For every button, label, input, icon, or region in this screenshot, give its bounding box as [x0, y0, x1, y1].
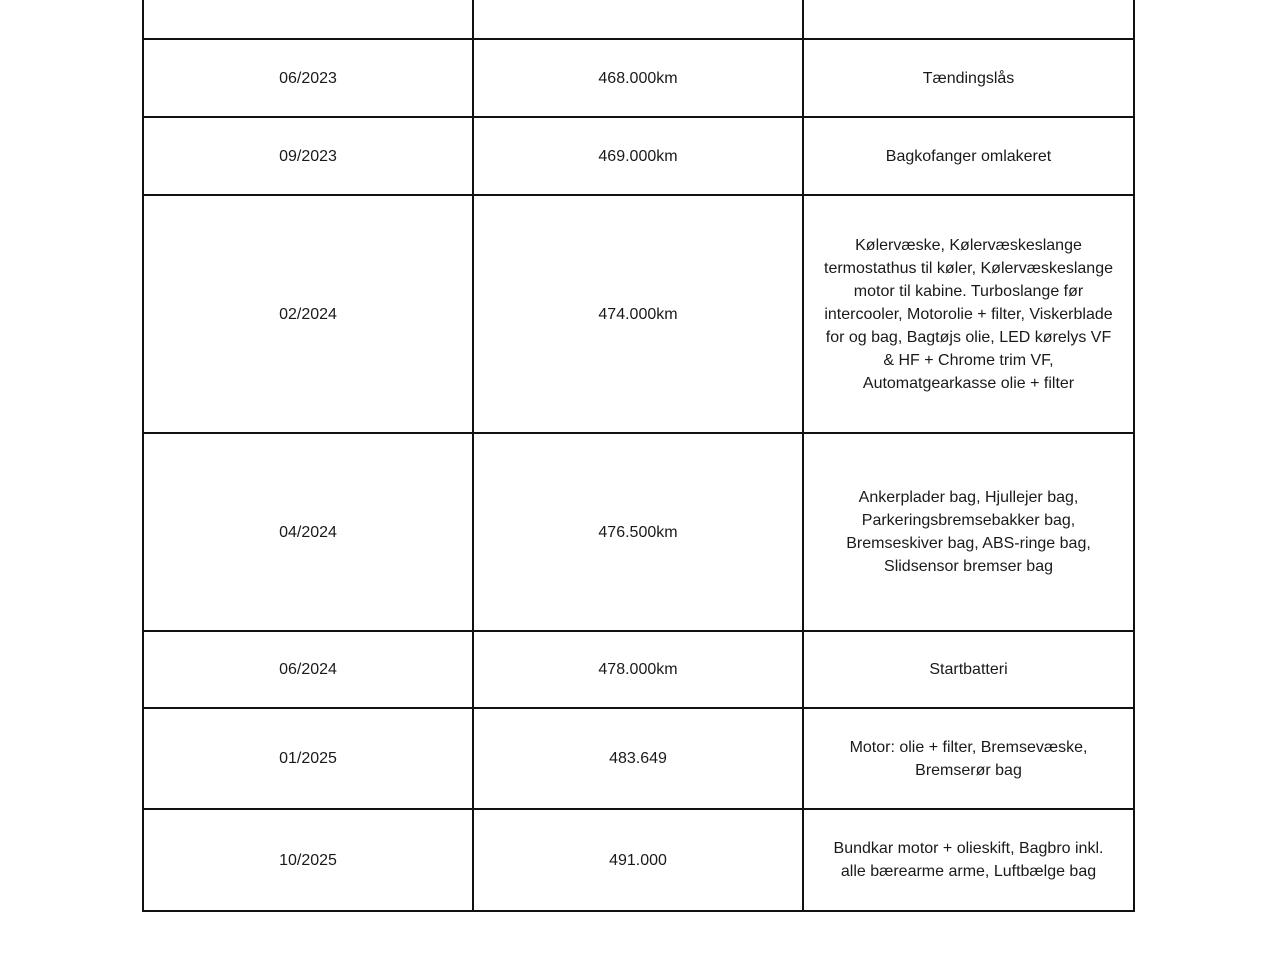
table-row: 02/2024 474.000km Kølervæske, Kølervæske… [143, 195, 1134, 433]
table-row: 06/2024 478.000km Startbatteri [143, 631, 1134, 708]
date-cell: 04/2024 [143, 433, 473, 631]
date-cell: 02/2024 [143, 195, 473, 433]
table-row: 01/2025 483.649 Motor: olie + filter, Br… [143, 708, 1134, 809]
work-cell: Bremseklodser for, Bremseklodser bag [803, 0, 1134, 39]
date-cell: 06/2023 [143, 39, 473, 117]
mileage-cell: 491.000 [473, 809, 803, 911]
date-cell: 09/2023 [143, 117, 473, 195]
mileage-cell: 474.000km [473, 195, 803, 433]
work-cell: Tændingslås [803, 39, 1134, 117]
mileage-cell: 476.500km [473, 433, 803, 631]
mileage-cell: 468.000km [473, 39, 803, 117]
date-cell: 06/2024 [143, 631, 473, 708]
date-cell: 10/2025 [143, 809, 473, 911]
mileage-cell: 483.649 [473, 708, 803, 809]
mileage-cell: 478.000km [473, 631, 803, 708]
work-cell: Bundkar motor + olieskift, Bagbro inkl. … [803, 809, 1134, 911]
work-cell: Startbatteri [803, 631, 1134, 708]
date-cell [143, 0, 473, 39]
work-cell: Ankerplader bag, Hjullejer bag, Parkerin… [803, 433, 1134, 631]
service-history-table: Bremseklodser for, Bremseklodser bag 06/… [142, 0, 1135, 912]
table-row: 09/2023 469.000km Bagkofanger omlakeret [143, 117, 1134, 195]
table-row: 06/2023 468.000km Tændingslås [143, 39, 1134, 117]
table-row: 04/2024 476.500km Ankerplader bag, Hjull… [143, 433, 1134, 631]
work-cell: Motor: olie + filter, Bremsevæske, Brems… [803, 708, 1134, 809]
mileage-cell: 469.000km [473, 117, 803, 195]
mileage-cell [473, 0, 803, 39]
table-row: 10/2025 491.000 Bundkar motor + olieskif… [143, 809, 1134, 911]
work-cell: Bagkofanger omlakeret [803, 117, 1134, 195]
work-cell: Kølervæske, Kølervæskeslange termostathu… [803, 195, 1134, 433]
table-row: Bremseklodser for, Bremseklodser bag [143, 0, 1134, 39]
date-cell: 01/2025 [143, 708, 473, 809]
